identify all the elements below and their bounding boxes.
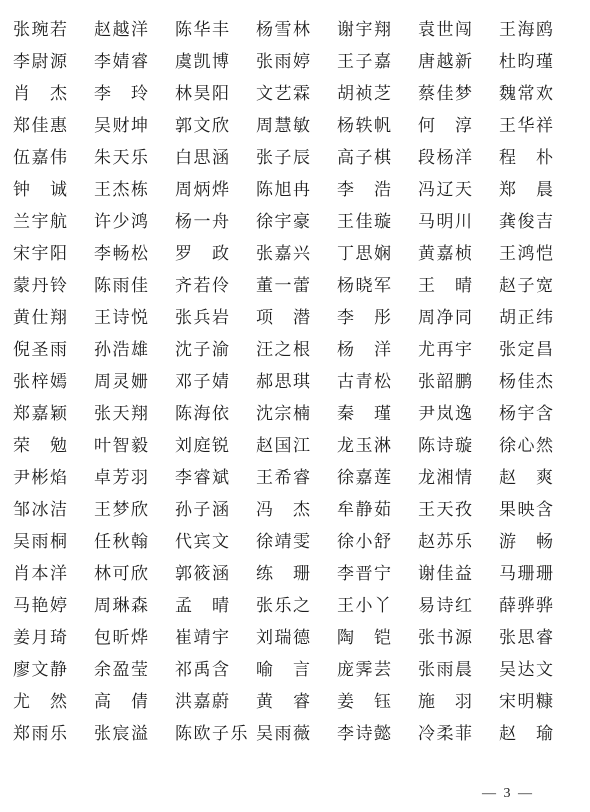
name-cell: 谢宇翔 [337, 14, 418, 46]
name-cell: 董一蕾 [256, 270, 337, 302]
name-cell: 张宸溢 [94, 718, 175, 750]
name-cell: 肖本洋 [13, 558, 94, 590]
name-cell: 汪之根 [256, 334, 337, 366]
name-cell: 王 晴 [418, 270, 499, 302]
name-cell: 尹岚逸 [418, 398, 499, 430]
name-cell: 姜 钰 [337, 686, 418, 718]
name-cell: 王天孜 [418, 494, 499, 526]
name-cell: 张雨晨 [418, 654, 499, 686]
name-cell: 唐越新 [418, 46, 499, 78]
name-cell: 崔靖宇 [175, 622, 256, 654]
name-cell: 杨佳杰 [499, 366, 580, 398]
name-cell: 倪圣雨 [13, 334, 94, 366]
name-cell: 果映含 [499, 494, 580, 526]
name-cell: 张嘉兴 [256, 238, 337, 270]
name-cell: 李晋宁 [337, 558, 418, 590]
name-cell: 周净同 [418, 302, 499, 334]
name-cell: 王小丫 [337, 590, 418, 622]
name-cell: 郑佳惠 [13, 110, 94, 142]
name-cell: 周琳森 [94, 590, 175, 622]
name-cell: 肖 杰 [13, 78, 94, 110]
name-cell: 张定昌 [499, 334, 580, 366]
name-cell: 刘庭锐 [175, 430, 256, 462]
name-cell: 郭文欣 [175, 110, 256, 142]
name-cell: 龙玉淋 [337, 430, 418, 462]
name-cell: 吴雨薇 [256, 718, 337, 750]
name-cell: 赵国江 [256, 430, 337, 462]
name-cell: 吴达文 [499, 654, 580, 686]
name-cell: 张天翔 [94, 398, 175, 430]
name-cell: 齐若伶 [175, 270, 256, 302]
name-cell: 王子嘉 [337, 46, 418, 78]
name-cell: 张雨婷 [256, 46, 337, 78]
name-cell: 牟静茹 [337, 494, 418, 526]
name-cell: 徐小舒 [337, 526, 418, 558]
name-cell: 王希睿 [256, 462, 337, 494]
name-cell: 尤再宇 [418, 334, 499, 366]
name-cell: 练 珊 [256, 558, 337, 590]
name-cell: 李尉源 [13, 46, 94, 78]
name-cell: 段杨洋 [418, 142, 499, 174]
name-cell: 周炳烨 [175, 174, 256, 206]
name-cell: 马明川 [418, 206, 499, 238]
name-cell: 孙子涵 [175, 494, 256, 526]
name-cell: 沈子渝 [175, 334, 256, 366]
name-cell: 林可欣 [94, 558, 175, 590]
name-cell: 陈华丰 [175, 14, 256, 46]
name-cell: 徐靖雯 [256, 526, 337, 558]
name-cell: 宋明糠 [499, 686, 580, 718]
name-cell: 徐心然 [499, 430, 580, 462]
name-cell: 吴雨桐 [13, 526, 94, 558]
name-cell: 洪嘉蔚 [175, 686, 256, 718]
name-cell: 黄 睿 [256, 686, 337, 718]
name-cell: 黄仕翔 [13, 302, 94, 334]
name-cell: 张乐之 [256, 590, 337, 622]
name-cell: 王杰栋 [94, 174, 175, 206]
name-cell: 赵 爽 [499, 462, 580, 494]
name-cell: 蔡佳梦 [418, 78, 499, 110]
name-cell: 伍嘉伟 [13, 142, 94, 174]
name-cell: 李诗懿 [337, 718, 418, 750]
name-cell: 程 朴 [499, 142, 580, 174]
name-cell: 张韶鹏 [418, 366, 499, 398]
name-cell: 王诗悦 [94, 302, 175, 334]
name-cell: 薛骅骅 [499, 590, 580, 622]
name-cell: 任秋翰 [94, 526, 175, 558]
name-cell: 杨一舟 [175, 206, 256, 238]
name-cell: 郭筱涵 [175, 558, 256, 590]
name-cell: 蒙丹铃 [13, 270, 94, 302]
name-cell: 冷柔菲 [418, 718, 499, 750]
name-cell: 王梦欣 [94, 494, 175, 526]
name-cell: 王佳璇 [337, 206, 418, 238]
name-cell: 沈宗楠 [256, 398, 337, 430]
name-cell: 杨晓军 [337, 270, 418, 302]
name-cell: 王华祥 [499, 110, 580, 142]
name-cell: 李 玲 [94, 78, 175, 110]
name-cell: 马珊珊 [499, 558, 580, 590]
name-cell: 周灵姗 [94, 366, 175, 398]
name-cell: 朱天乐 [94, 142, 175, 174]
name-cell: 李睿斌 [175, 462, 256, 494]
name-cell: 张子辰 [256, 142, 337, 174]
name-cell: 李畅松 [94, 238, 175, 270]
name-cell: 李婧睿 [94, 46, 175, 78]
name-cell: 荣 勉 [13, 430, 94, 462]
name-cell: 喻 言 [256, 654, 337, 686]
name-cell: 陶 铠 [337, 622, 418, 654]
name-cell: 钟 诚 [13, 174, 94, 206]
name-cell: 张思睿 [499, 622, 580, 654]
name-cell: 邓子婧 [175, 366, 256, 398]
name-cell: 叶智毅 [94, 430, 175, 462]
name-cell: 庞霁芸 [337, 654, 418, 686]
name-cell: 古青松 [337, 366, 418, 398]
name-cell: 杨宇含 [499, 398, 580, 430]
name-cell: 吴财坤 [94, 110, 175, 142]
name-cell: 魏常欢 [499, 78, 580, 110]
name-cell: 易诗红 [418, 590, 499, 622]
name-cell: 徐嘉莲 [337, 462, 418, 494]
name-cell: 邹冰洁 [13, 494, 94, 526]
name-cell: 高子棋 [337, 142, 418, 174]
name-cell: 杜昀瑾 [499, 46, 580, 78]
name-cell: 游 畅 [499, 526, 580, 558]
name-cell: 虞凯博 [175, 46, 256, 78]
name-cell: 周慧敏 [256, 110, 337, 142]
name-cell: 郑 晨 [499, 174, 580, 206]
name-cell: 杨轶帆 [337, 110, 418, 142]
name-cell: 秦 瑾 [337, 398, 418, 430]
name-cell: 徐宇豪 [256, 206, 337, 238]
name-cell: 尤 然 [13, 686, 94, 718]
name-cell: 高 倩 [94, 686, 175, 718]
name-cell: 孙浩雄 [94, 334, 175, 366]
name-cell: 陈雨佳 [94, 270, 175, 302]
name-cell: 孟 晴 [175, 590, 256, 622]
name-cell: 廖文静 [13, 654, 94, 686]
name-cell: 郝思琪 [256, 366, 337, 398]
name-cell: 张兵岩 [175, 302, 256, 334]
name-cell: 张琬若 [13, 14, 94, 46]
name-cell: 李 彤 [337, 302, 418, 334]
name-cell: 白思涵 [175, 142, 256, 174]
name-cell: 谢佳益 [418, 558, 499, 590]
name-cell: 王海鸥 [499, 14, 580, 46]
name-cell: 杨 洋 [337, 334, 418, 366]
name-cell: 陈海依 [175, 398, 256, 430]
name-cell: 张书源 [418, 622, 499, 654]
name-cell: 赵苏乐 [418, 526, 499, 558]
name-cell: 冯辽天 [418, 174, 499, 206]
name-cell: 丁思娴 [337, 238, 418, 270]
name-cell: 宋宇阳 [13, 238, 94, 270]
name-cell: 项 潜 [256, 302, 337, 334]
name-cell: 代宾文 [175, 526, 256, 558]
name-cell: 林昊阳 [175, 78, 256, 110]
name-cell: 杨雪林 [256, 14, 337, 46]
document-page: 张琬若赵越洋陈华丰杨雪林谢宇翔袁世闯王海鸥李尉源李婧睿虞凯博张雨婷王子嘉唐越新杜… [0, 0, 590, 812]
name-cell: 许少鸿 [94, 206, 175, 238]
name-cell: 陈诗璇 [418, 430, 499, 462]
name-cell: 马艳婷 [13, 590, 94, 622]
name-cell: 王鸿恺 [499, 238, 580, 270]
name-cell: 包昕烨 [94, 622, 175, 654]
name-cell: 赵越洋 [94, 14, 175, 46]
name-cell: 祁禹含 [175, 654, 256, 686]
name-cell: 陈旭冉 [256, 174, 337, 206]
name-cell: 刘瑞德 [256, 622, 337, 654]
name-cell: 何 淳 [418, 110, 499, 142]
name-cell: 卓芳羽 [94, 462, 175, 494]
name-cell: 郑嘉颖 [13, 398, 94, 430]
name-cell: 李 浩 [337, 174, 418, 206]
name-cell: 兰宇航 [13, 206, 94, 238]
name-cell: 姜月琦 [13, 622, 94, 654]
name-cell: 龚俊吉 [499, 206, 580, 238]
name-cell: 胡祯芝 [337, 78, 418, 110]
name-cell: 陈欧子乐 [175, 718, 256, 750]
name-cell: 张梓嫣 [13, 366, 94, 398]
name-cell: 罗 政 [175, 238, 256, 270]
name-cell: 尹彬焰 [13, 462, 94, 494]
name-cell: 施 羽 [418, 686, 499, 718]
name-list-grid: 张琬若赵越洋陈华丰杨雪林谢宇翔袁世闯王海鸥李尉源李婧睿虞凯博张雨婷王子嘉唐越新杜… [13, 14, 580, 750]
name-cell: 余盈莹 [94, 654, 175, 686]
name-cell: 赵子宽 [499, 270, 580, 302]
name-cell: 龙湘情 [418, 462, 499, 494]
name-cell: 郑雨乐 [13, 718, 94, 750]
name-cell: 袁世闯 [418, 14, 499, 46]
name-cell: 文艺霖 [256, 78, 337, 110]
page-number: — 3 — [482, 786, 534, 802]
name-cell: 冯 杰 [256, 494, 337, 526]
name-cell: 黄嘉桢 [418, 238, 499, 270]
name-cell: 胡正纬 [499, 302, 580, 334]
name-cell: 赵 瑜 [499, 718, 580, 750]
